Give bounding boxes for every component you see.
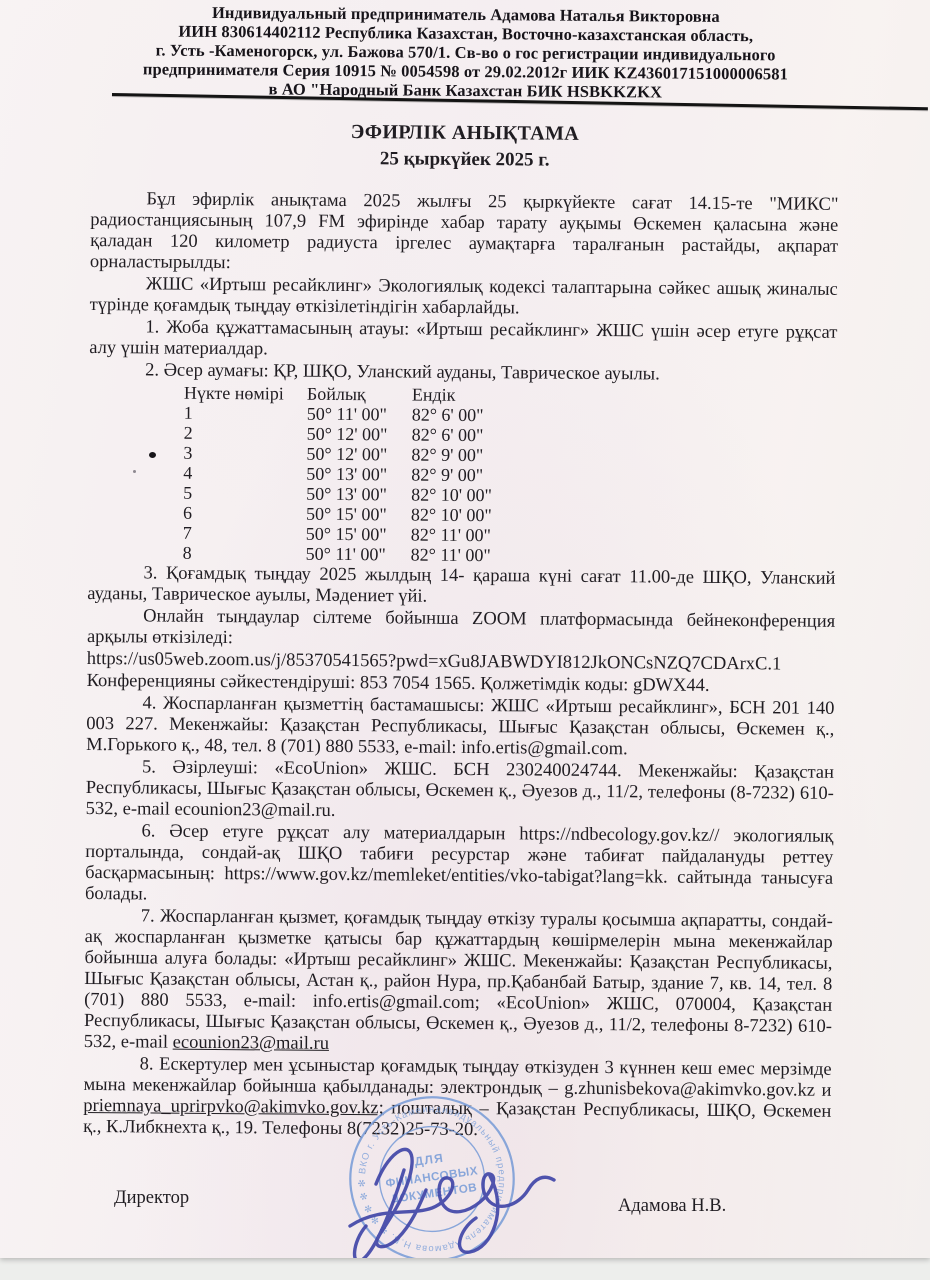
cell-point: 7 — [183, 523, 306, 544]
paragraph-item-4: 4. Жоспарланған қызметтің бастамашысы: Ж… — [86, 693, 834, 762]
col-header-longitude: Бойлық — [307, 384, 412, 405]
paragraph-intro-1: Бұл эфирлік анықтама 2025 жылғы 25 қыркү… — [90, 189, 839, 279]
item-7-email-underlined: ecounion23@mail.ru — [173, 1033, 329, 1054]
cell-longitude: 50° 12' 00" — [306, 444, 411, 465]
signature-scribble — [338, 1128, 578, 1258]
scanned-document-page: Индивидуальный предприниматель Адамова Н… — [0, 0, 930, 1258]
cell-point: 3 — [183, 443, 306, 464]
paragraph-item-7: 7. Жоспарланған қызмет, қоғамдық тыңдау … — [84, 906, 833, 1059]
scan-speck — [149, 452, 156, 458]
coordinates-table-header-row: Нүкте нөмірі Бойлық Ендік — [184, 383, 562, 406]
cell-latitude: 82° 10' 00" — [411, 485, 561, 506]
table-row: 8 50° 11' 00" 82° 11' 00" — [183, 543, 561, 566]
cell-point: 5 — [183, 483, 306, 504]
cell-point: 2 — [184, 423, 307, 444]
item-7-text: 7. Жоспарланған қызмет, қоғамдық тыңдау … — [84, 906, 833, 1052]
cell-latitude: 82° 11' 00" — [411, 525, 561, 546]
cell-latitude: 82° 9' 00" — [411, 445, 561, 466]
document-title: ЭФИРЛІК АНЫҚТАМА — [91, 119, 839, 148]
signature-role-label: Директор — [114, 1188, 189, 1209]
coordinates-table: Нүкте нөмірі Бойлық Ендік 1 50° 11' 00" … — [183, 383, 562, 566]
cell-point: 1 — [184, 403, 307, 424]
document-body: Бұл эфирлік анықтама 2025 жылғы 25 қыркү… — [83, 189, 838, 1144]
paragraph-item-1: 1. Жоба құжаттамасының атауы: «Иртыш рес… — [89, 317, 837, 365]
cell-longitude: 50° 12' 00" — [307, 424, 412, 445]
cell-longitude: 50° 15' 00" — [306, 504, 411, 525]
document-date: 25 қыркүйек 2025 г. — [91, 146, 839, 174]
cell-latitude: 82° 9' 00" — [411, 465, 561, 486]
cell-longitude: 50° 11' 00" — [306, 544, 411, 565]
paragraph-online-hearing: Онлайн тыңдаулар сілтеме бойынша ZOOM пл… — [87, 606, 835, 654]
cell-latitude: 82° 6' 00" — [412, 405, 562, 426]
cell-longitude: 50° 15' 00" — [306, 524, 411, 545]
paragraph-item-6: 6. Әсер етуге рұқсат алу материалдарын h… — [85, 821, 834, 911]
cell-point: 8 — [183, 543, 306, 564]
cell-point: 4 — [183, 463, 306, 484]
letterhead: Индивидуальный предприниматель Адамова Н… — [91, 2, 840, 103]
cell-point: 6 — [183, 503, 306, 524]
cell-longitude: 50° 11' 00" — [307, 404, 412, 425]
cell-latitude: 82° 10' 00" — [411, 505, 561, 526]
scan-speck — [133, 470, 136, 473]
cell-longitude: 50° 13' 00" — [306, 484, 411, 505]
paragraph-item-3: 3. Қоғамдық тыңдау 2025 жылдың 14- қараш… — [87, 563, 835, 611]
cell-latitude: 82° 11' 00" — [411, 545, 561, 566]
col-header-point: Нүкте нөмірі — [184, 383, 307, 404]
signatory-name: Адамова Н.В. — [618, 1196, 726, 1217]
cell-longitude: 50° 13' 00" — [306, 464, 411, 485]
paragraph-intro-2: ЖШС «Иртыш ресайклинг» Экологиялық кодек… — [90, 274, 838, 322]
document-content: Индивидуальный предприниматель Адамова Н… — [83, 2, 840, 1145]
cell-latitude: 82° 6' 00" — [412, 425, 562, 446]
paragraph-item-5: 5. Әзірлеуші: «EcoUnion» ЖШС. БСН 230240… — [86, 757, 834, 826]
col-header-latitude: Ендік — [412, 385, 562, 406]
